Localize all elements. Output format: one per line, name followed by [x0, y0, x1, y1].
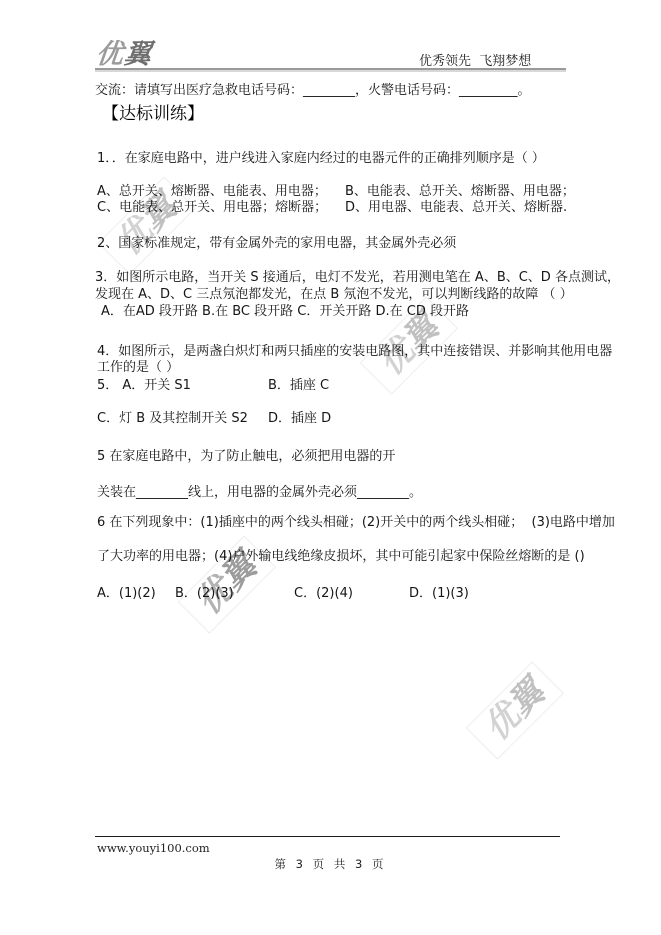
question-3-stem-line1: 3．如图所示电路，当开关 S 接通后，电灯不发光，若用测电笔在 A、B、C、D … — [95, 270, 620, 286]
header-slogan: 优秀领先 飞翔梦想 — [419, 50, 531, 69]
question-1-option-a: A、总开关、熔断器、电能表、用电器； — [97, 184, 327, 200]
question-4-option-b: B．插座 C — [268, 378, 329, 394]
brand-logo-char-you: 优 — [94, 39, 125, 70]
brand-logo: 优翼 — [94, 40, 153, 70]
brand-logo-char-yi: 翼 — [122, 39, 153, 70]
question-1-stem: 1．．在家庭电路中，进户线进入家庭内经过的电器元件的正确排列顺序是（ ） — [97, 151, 545, 167]
question-6-stem-line2: 了大功率的用电器；(4)户外输电线绝缘皮损坏，其中可能引起家中保险丝熔断的是 (… — [97, 549, 585, 565]
footer-website: www.youyi100.com — [97, 841, 210, 855]
question-6-option-d: D．(1)(3) — [409, 586, 469, 602]
question-4-option-a: 5． A．开关 S1 — [97, 378, 191, 394]
question-5-fill-blank-line: 关装在________线上，用电器的金属外壳必须________。 — [97, 485, 422, 501]
question-6-option-c: C．(2)(4) — [294, 586, 353, 602]
watermark-logo: 优翼 — [466, 661, 565, 760]
footer-page-number: 第 3 页 共 3 页 — [0, 856, 661, 872]
question-4-stem-line2: 工作的是（ ） — [97, 360, 179, 376]
question-5-stem-line1: 5 在家庭电路中，为了防止触电，必须把用电器的开 — [97, 449, 395, 465]
exchange-fill-blank-line: 交流：请填写出医疗急救电话号码：________，火警电话号码：________… — [95, 83, 531, 99]
question-1-option-c: C、电能表、总开关、用电器；熔断器； — [97, 200, 327, 216]
question-3-options: A．在AD 段开路 B.在 BC 段开路 C．开关开路 D.在 CD 段开路 — [101, 304, 469, 320]
footer-divider — [95, 836, 560, 837]
question-1-option-b: B、电能表、总开关、熔断器、用电器； — [345, 184, 575, 200]
section-title: 【达标训练】 — [102, 104, 204, 124]
document-page: 优翼 优翼 优翼 优翼 优翼 优秀领先 飞翔梦想 交流：请填写出医疗急救电话号码… — [0, 0, 661, 935]
question-6-option-a: A．(1)(2) — [97, 586, 156, 602]
question-4-option-d: D．插座 D — [268, 411, 331, 427]
question-4-stem-line1: 4．如图所示，是两盏白炽灯和两只插座的安装电路图，其中连接错误、并影响其他用电器 — [97, 344, 612, 360]
question-1-option-d: D、用电器、电能表、总开关、熔断器. — [345, 200, 567, 216]
question-4-option-c: C．灯 B 及其控制开关 S2 — [97, 411, 248, 427]
question-6-option-b: B．(2)(3) — [175, 586, 234, 602]
question-3-stem-line2: 发现在 A、D、C 三点氖泡都发光，在点 B 氖泡不发光，可以判断线路的故障 （… — [95, 287, 573, 303]
question-6-stem-line1: 6 在下列现象中：(1)插座中的两个线头相碰；(2)开关中的两个线头相碰； (3… — [97, 515, 615, 531]
question-2-stem: 2、国家标准规定，带有金属外壳的家用电器，其金属外壳必须 — [97, 236, 456, 252]
